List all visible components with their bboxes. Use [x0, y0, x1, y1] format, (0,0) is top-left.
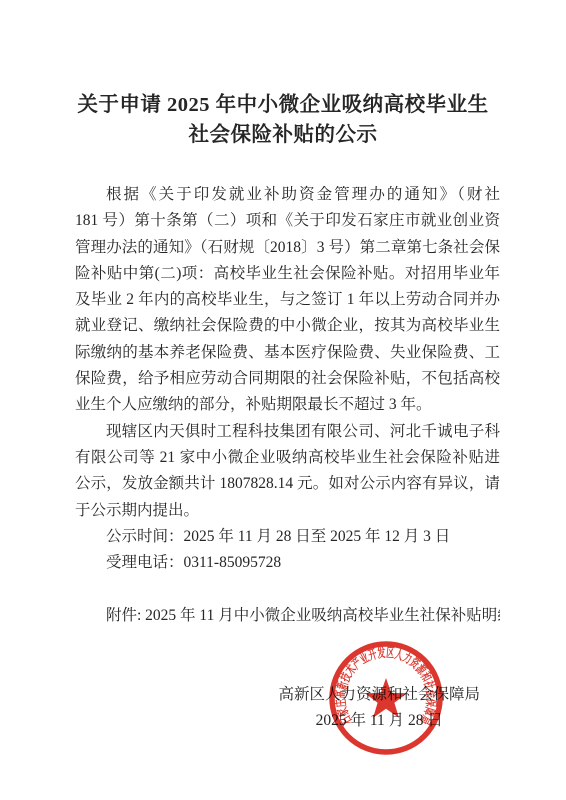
para1-line: 际缴纳的基本养老保险费、基本医疗保险费、失业保险费、工伤 — [75, 340, 500, 366]
publicity-period-line: 公示时间：2025 年 11 月 28 日至 2025 年 12 月 3 日 — [75, 524, 500, 550]
para1-line: 及毕业 2 年内的高校毕业生，与之签订 1 年以上劳动合同并办理 — [75, 287, 500, 313]
issue-date: 2025 年 11 月 28 日 — [278, 708, 480, 734]
blank-line — [75, 576, 500, 602]
phone-line: 受理电话：0311-85095728 — [75, 550, 500, 576]
issuing-agency: 高新区人力资源和社会保障局 — [278, 682, 480, 708]
para1-line: 保险费，给予相应劳动合同期限的社会保险补贴，不包括高校毕 — [75, 366, 500, 392]
document-body: 根据《关于印发就业补助资金管理办的通知》（财社〔2023〕 181 号）第十条第… — [0, 182, 566, 734]
para1-line: 181 号）第十条第（二）项和《关于印发石家庄市就业创业资金 — [75, 208, 500, 234]
para2-line: 于公示期内提出。 — [75, 498, 500, 524]
blank-line — [75, 655, 500, 681]
para1-line: 就业登记、缴纳社会保险费的中小微企业，按其为高校毕业生实 — [75, 313, 500, 339]
attachment-line: 附件: 2025 年 11 月中小微企业吸纳高校毕业生社保补贴明细表 — [75, 603, 500, 629]
para1-line: 根据《关于印发就业补助资金管理办的通知》（财社〔2023〕 — [75, 182, 500, 208]
announcement-document-page: 关于申请 2025 年中小微企业吸纳高校毕业生 社会保险补贴的公示 根据《关于印… — [0, 0, 566, 800]
para2-line: 现辖区内天俱时工程科技集团有限公司、河北千诚电子科技 — [75, 419, 500, 445]
para2-line: 公示，发放金额共计 1807828.14 元。如对公示内容有异议，请 — [75, 471, 500, 497]
document-title: 关于申请 2025 年中小微企业吸纳高校毕业生 社会保险补贴的公示 — [0, 0, 566, 150]
para1-line: 业生个人应缴纳的部分，补贴期限最长不超过 3 年。 — [75, 392, 500, 418]
para1-line: 管理办法的通知》（石财规〔2018〕3 号）第二章第七条社会保 — [75, 235, 500, 261]
blank-line — [75, 629, 500, 655]
signature-block: 高新区人力资源和社会保障局 2025 年 11 月 28 日 — [278, 682, 480, 735]
title-line-2: 社会保险补贴的公示 — [0, 120, 566, 150]
para1-line: 险补贴中第(二)项：高校毕业生社会保险补贴。对招用毕业年度 — [75, 261, 500, 287]
title-line-1: 关于申请 2025 年中小微企业吸纳高校毕业生 — [0, 90, 566, 120]
para2-line: 有限公司等 21 家中小微企业吸纳高校毕业生社会保险补贴进行 — [75, 445, 500, 471]
